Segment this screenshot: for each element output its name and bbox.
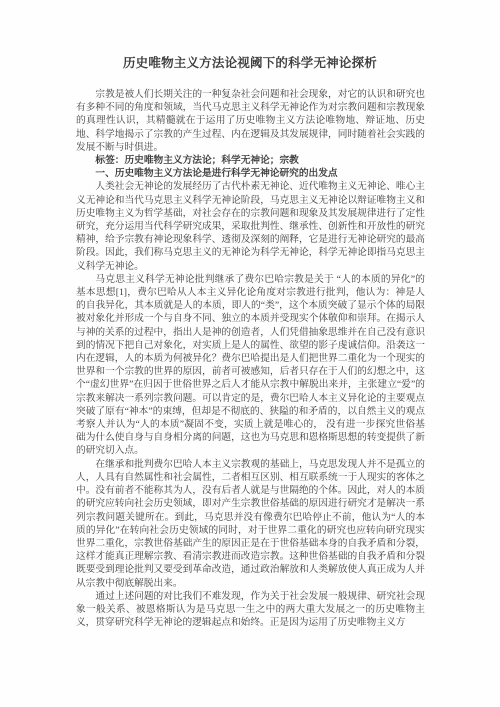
document-page: 历史唯物主义方法论视阈下的科学无神论探析 宗教是被人们长期关注的一种复杂社会问题… — [0, 0, 500, 707]
document-body: 宗教是被人们长期关注的一种复杂社会问题和社会现象，对它的认识和研究也有多种不同的… — [76, 88, 425, 629]
paragraph-conclusion: 通过上述问题的对比我们不难发现，作为关于社会发展一般规律、研究社会现象一般关系、… — [76, 590, 425, 630]
document-title: 历史唯物主义方法论视阈下的科学无神论探析 — [0, 53, 500, 71]
keywords-line: 标签：历史唯物主义方法论；科学无神论；宗教 — [76, 154, 425, 167]
paragraph-marx-development: 在继承和批判费尔巴哈人本主义宗教观的基础上，马克思发现人并不是孤立的人，人具有自… — [76, 458, 425, 590]
section-heading: 一、历史唯物主义方法论是进行科学无神论研究的出发点 — [76, 167, 425, 180]
paragraph-feuerbach-critique: 马克思主义科学无神论批判继承了费尔巴哈宗教是关于 “人的本质的异化”的基本思想[… — [76, 273, 425, 458]
paragraph-atheism-stages: 人类社会无神论的发展经历了古代朴素无神论、近代唯物主义无神论、唯心主义无神论和当… — [76, 180, 425, 272]
intro-paragraph: 宗教是被人们长期关注的一种复杂社会问题和社会现象，对它的认识和研究也有多种不同的… — [76, 88, 425, 154]
